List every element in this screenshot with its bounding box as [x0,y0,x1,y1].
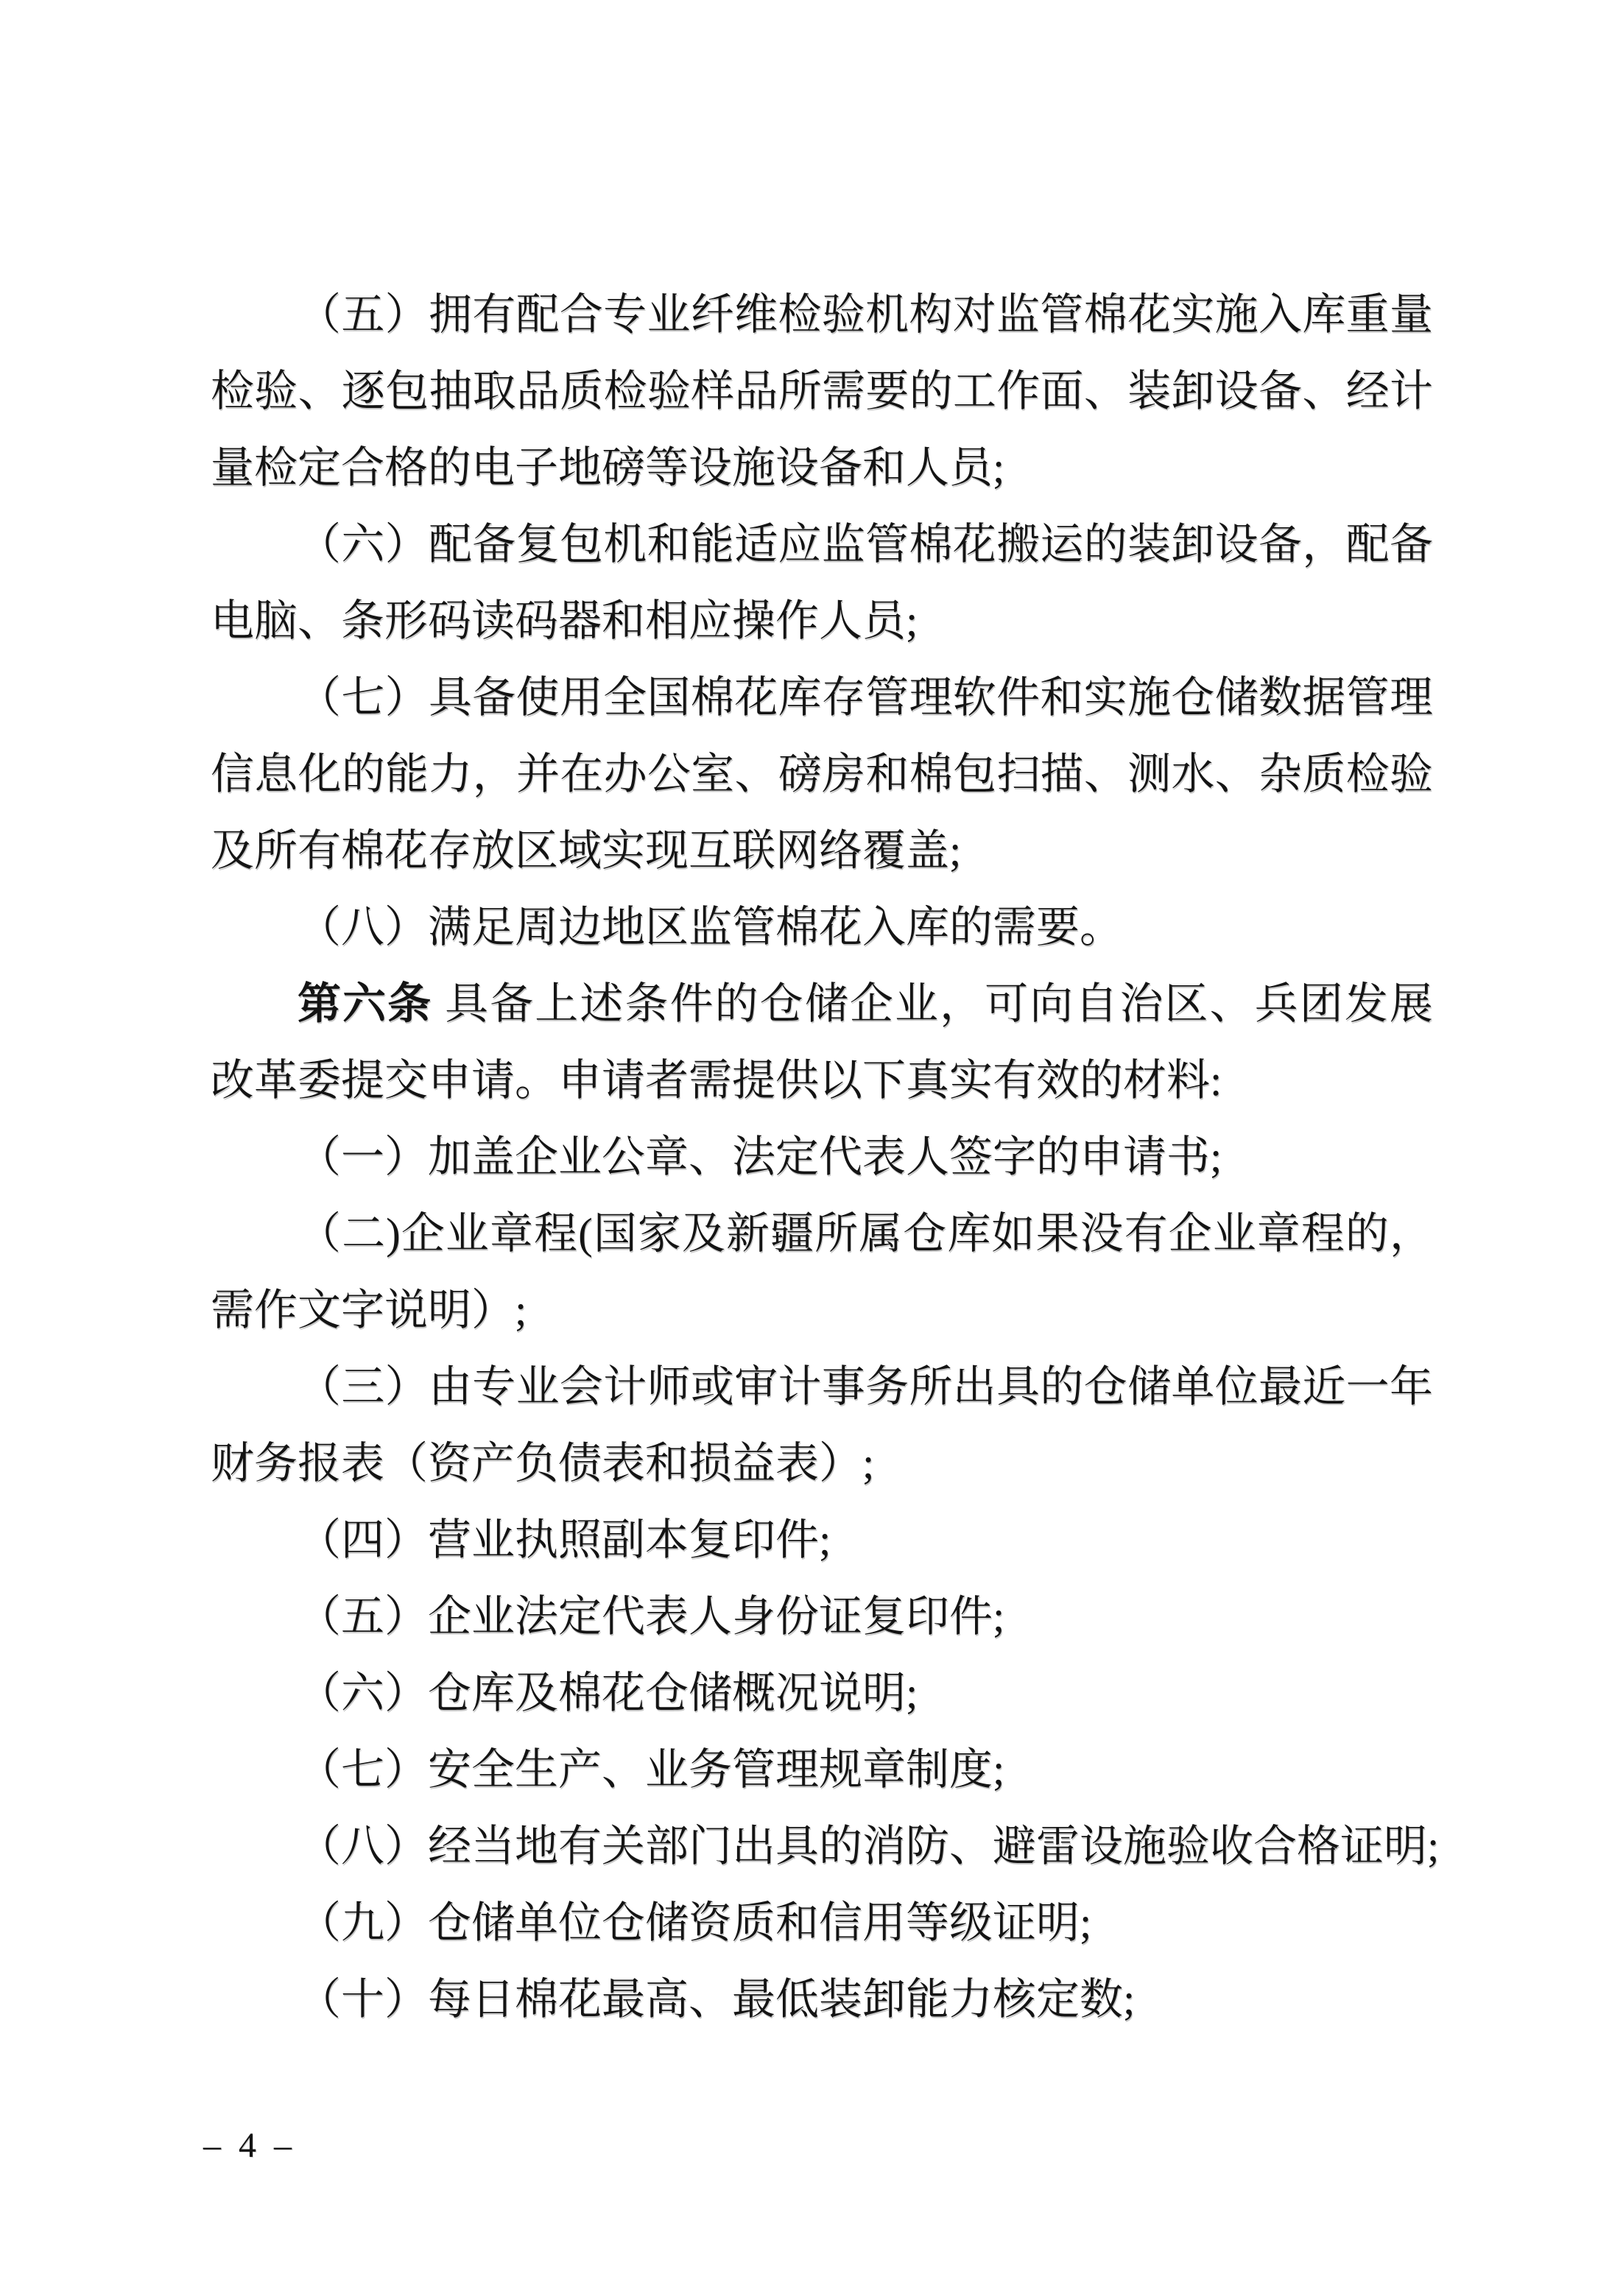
article-number-label: 第六条 [298,979,432,1028]
document-line: （八）经当地有关部门出具的消防、避雷设施验收合格证明; [211,1808,1433,1884]
article-text: 具备上述条件的仓储企业，可向自治区、兵团发展 [432,979,1433,1028]
page-footer: – 4 – [203,2125,296,2166]
page-number: – 4 – [203,2126,296,2165]
document-line: （二)企业章程(国家及新疆所属仓库如果没有企业章程的， [211,1195,1433,1272]
document-line: （三）由专业会计师或审计事务所出具的仓储单位最近一年 [211,1348,1433,1425]
document-line: （六）仓库及棉花仓储概况说明; [211,1655,1433,1731]
document-line: 需作文字说明）; [211,1272,1433,1348]
document-line: 检验、逐包抽取品质检验样品所需要的工作面、装卸设备、经计 [211,353,1433,429]
document-line: （五）拥有配合专业纤维检验机构对监管棉花实施入库重量 [211,276,1433,353]
document-line: 改革委提交申请。申请者需提供以下真实有效的材料: [211,1042,1433,1119]
document-page: （五）拥有配合专业纤维检验机构对监管棉花实施入库重量 检验、逐包抽取品质检验样品… [0,0,1623,2296]
document-body: （五）拥有配合专业纤维检验机构对监管棉花实施入库重量 检验、逐包抽取品质检验样品… [211,276,1433,2038]
document-line: （一）加盖企业公章、法定代表人签字的申请书; [211,1119,1433,1195]
document-line: （四）营业执照副本复印件; [211,1501,1433,1578]
document-line-article-6: 第六条 具备上述条件的仓储企业，可向自治区、兵团发展 [211,965,1433,1042]
document-line: 电脑、条形码读码器和相应操作人员; [211,582,1433,659]
document-line: 及所有棉花存放区域实现互联网络覆盖; [211,812,1433,889]
document-line: （五）企业法定代表人身份证复印件; [211,1578,1433,1655]
document-line: （七）具备使用全国棉花库存管理软件和实施仓储数据管理 [211,659,1433,736]
document-line: 信息化的能力，并在办公室、磅房和棉包扫描、测水、杂质检验 [211,736,1433,812]
document-line: （八）满足周边地区监管棉花入库的需要。 [211,889,1433,965]
document-line: 量检定合格的电子地磅等设施设备和人员; [211,429,1433,506]
document-line: （十）每日棉花最高、最低装卸能力核定数; [211,1961,1433,2038]
document-line: 财务报表（资产负债表和损益表）; [211,1425,1433,1501]
document-line: （九）仓储单位仓储资质和信用等级证明; [211,1884,1433,1961]
document-line: （七）安全生产、业务管理规章制度; [211,1731,1433,1808]
document-line: （六）配备复包机和能适应监管棉花搬运的装卸设备，配备 [211,506,1433,582]
